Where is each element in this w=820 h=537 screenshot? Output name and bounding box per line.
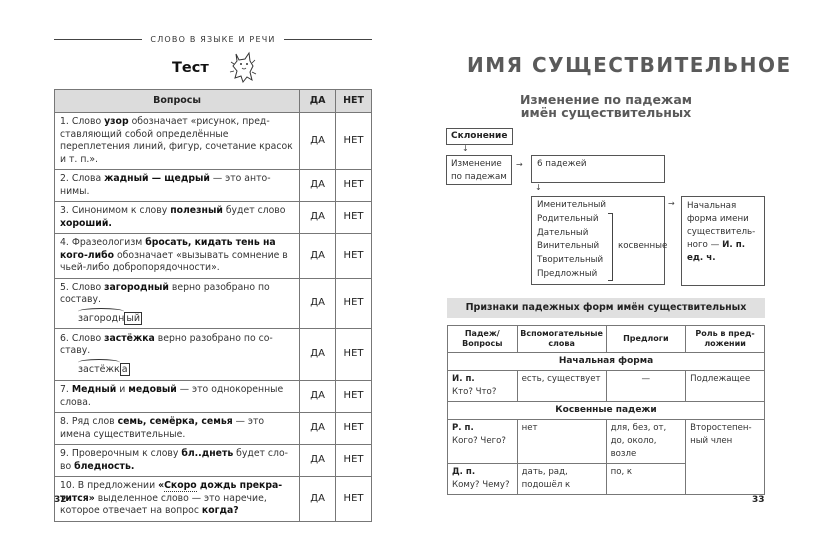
test-table: Вопросы ДА НЕТ 1. Слово узор обозначает … <box>54 89 372 522</box>
answer-yes[interactable]: ДА <box>300 477 336 522</box>
answer-no[interactable]: НЕТ <box>336 381 372 413</box>
question-row: 9. Проверочным к слову бл..днеть будет с… <box>55 445 372 477</box>
question-number: 6. <box>60 333 69 344</box>
case-cell: Д. п.Кому? Чему? <box>448 464 518 495</box>
case-item: Предложный <box>537 268 659 282</box>
question-keyword: жадный — щедрый <box>104 173 210 184</box>
subtitle-line-2: имён существительных <box>447 106 765 119</box>
question-text: 8. Ряд слов семь, семёрка, семья — это и… <box>55 413 300 445</box>
question-fragment: и <box>116 384 128 395</box>
fox-mascot-icon <box>228 50 260 84</box>
question-keyword: узор <box>104 116 129 127</box>
question-row: 10. В предложении «Скоро дождь прекра­ти… <box>55 477 372 522</box>
question-keyword: медовый <box>128 384 177 395</box>
running-head-rule-right <box>284 39 372 40</box>
header-role: Роль в пред­ложении <box>686 326 765 353</box>
question-number: 9. <box>60 448 69 459</box>
stem-arc-mark <box>78 308 124 315</box>
initial-form-box: Начальная форма имени существитель­ного … <box>681 196 765 286</box>
change-by-cases-box: Изменение по падежам <box>446 155 512 185</box>
case-name: И. п. <box>452 373 513 386</box>
answer-yes[interactable]: ДА <box>300 234 336 279</box>
case-item: Творительный <box>537 254 659 268</box>
case-item: Родительный <box>537 213 659 227</box>
question-keyword: загородный <box>104 282 169 293</box>
helper-cell: нет <box>517 420 606 464</box>
question-fragment: Слово <box>72 333 104 344</box>
question-text: 4. Фразеологизм бросать, кидать тень на … <box>55 234 300 279</box>
oblique-label: косвенные <box>618 240 667 254</box>
answer-no[interactable]: НЕТ <box>336 113 372 170</box>
question-number: 7. <box>60 384 69 395</box>
question-fragment: Ряд слов <box>72 416 118 427</box>
case-cell: И. п.Кто? Что? <box>448 371 518 402</box>
question-keyword: полезный <box>170 205 223 216</box>
question-fragment: Слово <box>72 116 104 127</box>
page-number-left: 32 <box>54 495 67 505</box>
answer-no[interactable]: НЕТ <box>336 202 372 234</box>
question-fragment: Слово <box>72 282 104 293</box>
question-number: 3. <box>60 205 69 216</box>
question-row: 6. Слово застёжка верно разобрано по со­… <box>55 329 372 381</box>
case-name: Р. п. <box>452 422 513 435</box>
test-title: Тест <box>172 60 209 76</box>
question-text: 9. Проверочным к слову бл..днеть будет с… <box>55 445 300 477</box>
question-text: 1. Слово узор обозначает «рисунок, пред­… <box>55 113 300 170</box>
question-keyword: Скоро <box>164 480 197 492</box>
running-head: СЛОВО В ЯЗЫКЕ И РЕЧИ <box>54 32 372 46</box>
case-item: Именительный <box>537 199 659 213</box>
case-features-title: Признаки падежных форм имён существитель… <box>447 298 765 318</box>
word-ending: ый <box>124 312 142 325</box>
answer-no[interactable]: НЕТ <box>336 477 372 522</box>
question-text: 2. Слова жадный — щедрый — это анто­нимы… <box>55 170 300 202</box>
answer-no[interactable]: НЕТ <box>336 413 372 445</box>
question-row: 3. Синонимом к слову полезный будет слов… <box>55 202 372 234</box>
answer-yes[interactable]: ДА <box>300 170 336 202</box>
word-ending: а <box>120 363 130 376</box>
arrow-right-icon: → <box>516 160 523 169</box>
case-item: Дательный <box>537 227 659 241</box>
question-text: 3. Синонимом к слову полезный будет слов… <box>55 202 300 234</box>
question-row: 4. Фразеологизм бросать, кидать тень на … <box>55 234 372 279</box>
question-keyword: когда? <box>202 505 239 516</box>
answer-no[interactable]: НЕТ <box>336 329 372 381</box>
prepositions-cell: по, к <box>606 464 686 495</box>
running-head-rule-left <box>54 39 142 40</box>
stem-arc-mark <box>78 359 120 366</box>
answer-no[interactable]: НЕТ <box>336 278 372 329</box>
question-row: 8. Ряд слов семь, семёрка, семья — это и… <box>55 413 372 445</box>
question-keyword: бл..днеть <box>181 448 233 459</box>
question-fragment: Проверочным к слову <box>72 448 182 459</box>
section-subtitle: Изменение по падежам имён существительны… <box>447 93 765 119</box>
case-cell: Р. п.Кого? Чего? <box>448 420 518 464</box>
case-questions: Кому? Чему? <box>452 479 513 492</box>
header-prepositions: Предлоги <box>606 326 686 353</box>
question-row: 2. Слова жадный — щедрый — это анто­нимы… <box>55 170 372 202</box>
answer-yes[interactable]: ДА <box>300 381 336 413</box>
header-case: Падеж/ Вопросы <box>448 326 518 353</box>
header-no: НЕТ <box>336 90 372 113</box>
test-table-header: Вопросы ДА НЕТ <box>55 90 372 113</box>
question-number: 10. <box>60 480 75 491</box>
case-row-genitive: Р. п.Кого? Чего? нет для, без, от, до, о… <box>448 420 765 464</box>
question-number: 5. <box>60 282 69 293</box>
question-fragment: будет слово <box>223 205 286 216</box>
header-helper-words: Вспомогательные слова <box>517 326 606 353</box>
six-cases-box: 6 падежей <box>531 155 665 183</box>
question-keyword: хороший. <box>60 218 112 229</box>
question-keyword: семь, семёрка, семья <box>118 416 233 427</box>
case-table-header: Падеж/ Вопросы Вспомогательные слова Пре… <box>448 326 765 353</box>
case-features-table: Падеж/ Вопросы Вспомогательные слова Пре… <box>447 325 765 495</box>
question-number: 4. <box>60 237 69 248</box>
answer-yes[interactable]: ДА <box>300 329 336 381</box>
helper-cell: есть, существует <box>517 371 606 402</box>
change-line-1: Изменение <box>451 158 507 171</box>
role-cell: Подлежащее <box>686 371 765 402</box>
helper-cell: дать, рад, подошёл к <box>517 464 606 495</box>
page-number-right: 33 <box>752 495 765 505</box>
answer-no[interactable]: НЕТ <box>336 170 372 202</box>
question-text: 10. В предложении «Скоро дождь прекра­ти… <box>55 477 300 522</box>
answer-no[interactable]: НЕТ <box>336 234 372 279</box>
case-name: Д. п. <box>452 466 513 479</box>
question-fragment: Фразеологизм <box>72 237 145 248</box>
question-keyword: бледность. <box>74 461 134 472</box>
section-initial-form: Начальная форма <box>448 353 765 371</box>
question-number: 1. <box>60 116 69 127</box>
question-text: 7. Медный и медовый — это однокоренные с… <box>55 381 300 413</box>
answer-yes[interactable]: ДА <box>300 413 336 445</box>
answer-yes[interactable]: ДА <box>300 278 336 329</box>
declension-box: Склонение <box>446 128 513 145</box>
arrow-down-icon: ↓ <box>462 144 469 153</box>
cases-box: ИменительныйРодительныйДательныйВинитель… <box>531 196 665 285</box>
case-row-nominative: И. п.Кто? Что? есть, существует — Подлеж… <box>448 371 765 402</box>
case-questions: Кто? Что? <box>452 386 513 399</box>
question-row: 1. Слово узор обозначает «рисунок, пред­… <box>55 113 372 170</box>
answer-yes[interactable]: ДА <box>300 445 336 477</box>
question-fragment: В предложении <box>78 480 158 491</box>
question-keyword: Медный <box>72 384 116 395</box>
morpheme-analysis: застёжка <box>78 364 130 377</box>
oblique-bracket <box>608 213 613 281</box>
case-questions: Кого? Чего? <box>452 435 513 448</box>
question-number: 8. <box>60 416 69 427</box>
prepositions-cell: для, без, от, до, около, возле <box>606 420 686 464</box>
question-text: 6. Слово застёжка верно разобрано по со­… <box>55 329 300 381</box>
question-fragment: Синонимом к слову <box>72 205 170 216</box>
answer-yes[interactable]: ДА <box>300 113 336 170</box>
question-keyword: застёжка <box>104 333 155 344</box>
arrow-down-icon: ↓ <box>535 183 542 192</box>
question-row: 7. Медный и медовый — это однокоренные с… <box>55 381 372 413</box>
chapter-title: ИМЯ СУЩЕСТВИТЕЛЬНОЕ <box>467 53 792 77</box>
morpheme-analysis: загородный <box>78 313 142 326</box>
header-questions: Вопросы <box>55 90 300 113</box>
question-fragment: Слова <box>72 173 104 184</box>
answer-no[interactable]: НЕТ <box>336 445 372 477</box>
change-line-2: по падежам <box>451 171 507 184</box>
header-yes: ДА <box>300 90 336 113</box>
question-text: 5. Слово загородный верно разобрано по с… <box>55 278 300 329</box>
running-head-text: СЛОВО В ЯЗЫКЕ И РЕЧИ <box>142 35 283 44</box>
prepositions-cell: — <box>606 371 686 402</box>
question-row: 5. Слово загородный верно разобрано по с… <box>55 278 372 329</box>
question-number: 2. <box>60 173 69 184</box>
arrow-right-icon: → <box>668 199 675 208</box>
role-cell: Второстепен­ный член <box>686 420 765 495</box>
answer-yes[interactable]: ДА <box>300 202 336 234</box>
section-oblique-cases: Косвенные падежи <box>448 402 765 420</box>
